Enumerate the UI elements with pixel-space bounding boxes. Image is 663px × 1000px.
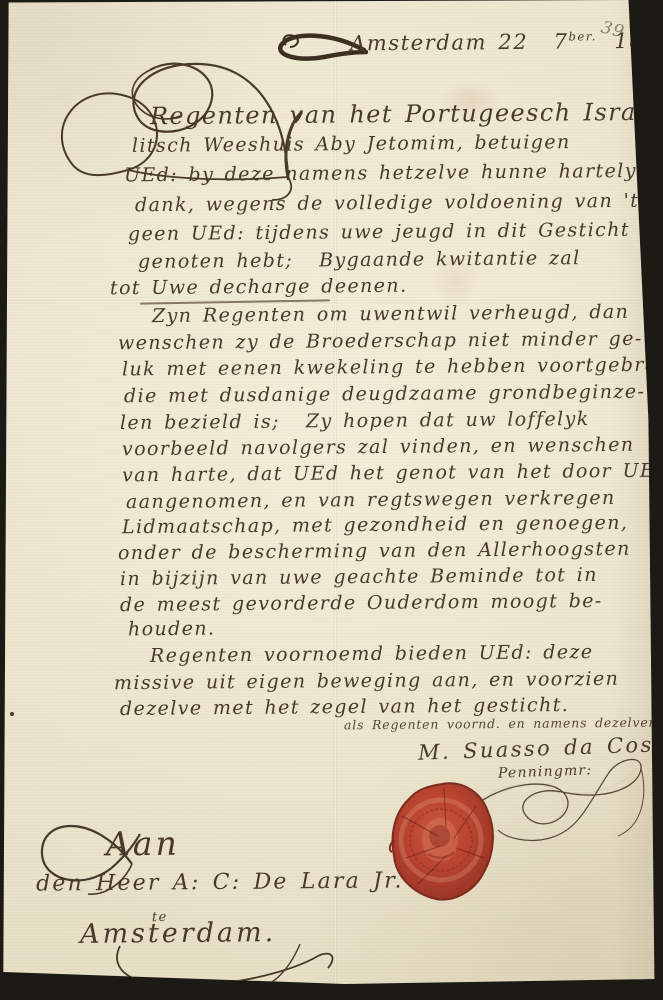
body-line: geen UEd: tijdens uwe jeugd in dit Gesti… xyxy=(128,219,630,245)
body-line: in bijzijn van uwe geachte Beminde tot i… xyxy=(120,564,598,590)
body-line: tot Uwe decharge deenen. xyxy=(110,275,408,300)
body-line: Regenten voornoemd bieden UEd: deze xyxy=(150,641,594,667)
body-line: dank, wegens de volledige voldoening van… xyxy=(135,190,639,216)
body-line: van harte, dat UEd het genot van het doo… xyxy=(122,460,663,487)
body-line: UEd: by deze namens hetzelve hunne harte… xyxy=(124,160,663,187)
body-line: len bezield is;Zy hopen dat uw loffelyk xyxy=(120,408,590,434)
letter-paper: 39 Amsterdam 22 7ber. 1833. Regenten van… xyxy=(0,0,663,1000)
body-line: onder de bescherming van den Allerhoogst… xyxy=(118,538,631,564)
closing-per-line: als Regenten voornd. en namens dezelven. xyxy=(344,715,662,733)
body-line: de meest gevorderde Ouderdom moogt be- xyxy=(120,590,603,616)
body-line: luk met eenen kwekeling te hebben voortg… xyxy=(122,354,663,381)
signature-title: Penningmr: xyxy=(498,762,593,781)
body-line: Lidmaatschap, met gezondheid en genoegen… xyxy=(122,512,628,538)
letter-scan: 39 Amsterdam 22 7ber. 1833. Regenten van… xyxy=(0,0,663,1000)
body-line: Regenten van het Portugeesch Israë xyxy=(150,98,653,130)
body-line-text: genoten hebt; xyxy=(138,250,293,273)
body-line: die met dusdanige deugdzaame grondbeginz… xyxy=(124,381,645,408)
dateline-place-day: Amsterdam 22 xyxy=(350,30,528,56)
wax-seal xyxy=(388,780,496,906)
address-salutation: Aan xyxy=(106,824,180,864)
body-line: litsch Weeshuis Aby Jetomim, betuigen xyxy=(132,131,571,157)
body-line-text: Zy hopen dat uw loffelyk xyxy=(306,408,590,432)
body-line: genoten hebt;Bygaande kwitantie zal xyxy=(138,247,581,273)
body-line: missive uit eigen beweging aan, en voorz… xyxy=(114,668,619,694)
address-city: Amsterdam. xyxy=(80,917,277,950)
dateline-month-suffix: ber. xyxy=(568,29,597,43)
body-line-text: Bygaande kwitantie zal xyxy=(319,247,581,271)
address-recipient: den Heer A: C: De Lara Jr. xyxy=(36,868,404,896)
body-line: aangenomen, en van regtswegen verkregen xyxy=(126,487,616,513)
body-line: voorbeeld navolgers zal vinden, en wensc… xyxy=(122,434,635,460)
paper-edge-shading xyxy=(611,0,657,1000)
body-line-text: len bezield is; xyxy=(120,411,280,434)
ink-dot xyxy=(10,712,14,716)
body-line: houden. xyxy=(128,618,216,641)
dateline-month: 7 xyxy=(553,30,568,54)
body-line-text: Regenten van het Portugeesch Israë xyxy=(150,98,653,130)
dateline-year: 1833. xyxy=(614,29,663,54)
dateline: Amsterdam 22 7ber. 1833. xyxy=(350,29,663,56)
city-swash xyxy=(104,942,344,996)
body-line: wenschen zy de Broederschap niet minder … xyxy=(118,328,643,355)
body-line: Zyn Regenten om uwentwil verheugd, dan xyxy=(152,301,629,327)
